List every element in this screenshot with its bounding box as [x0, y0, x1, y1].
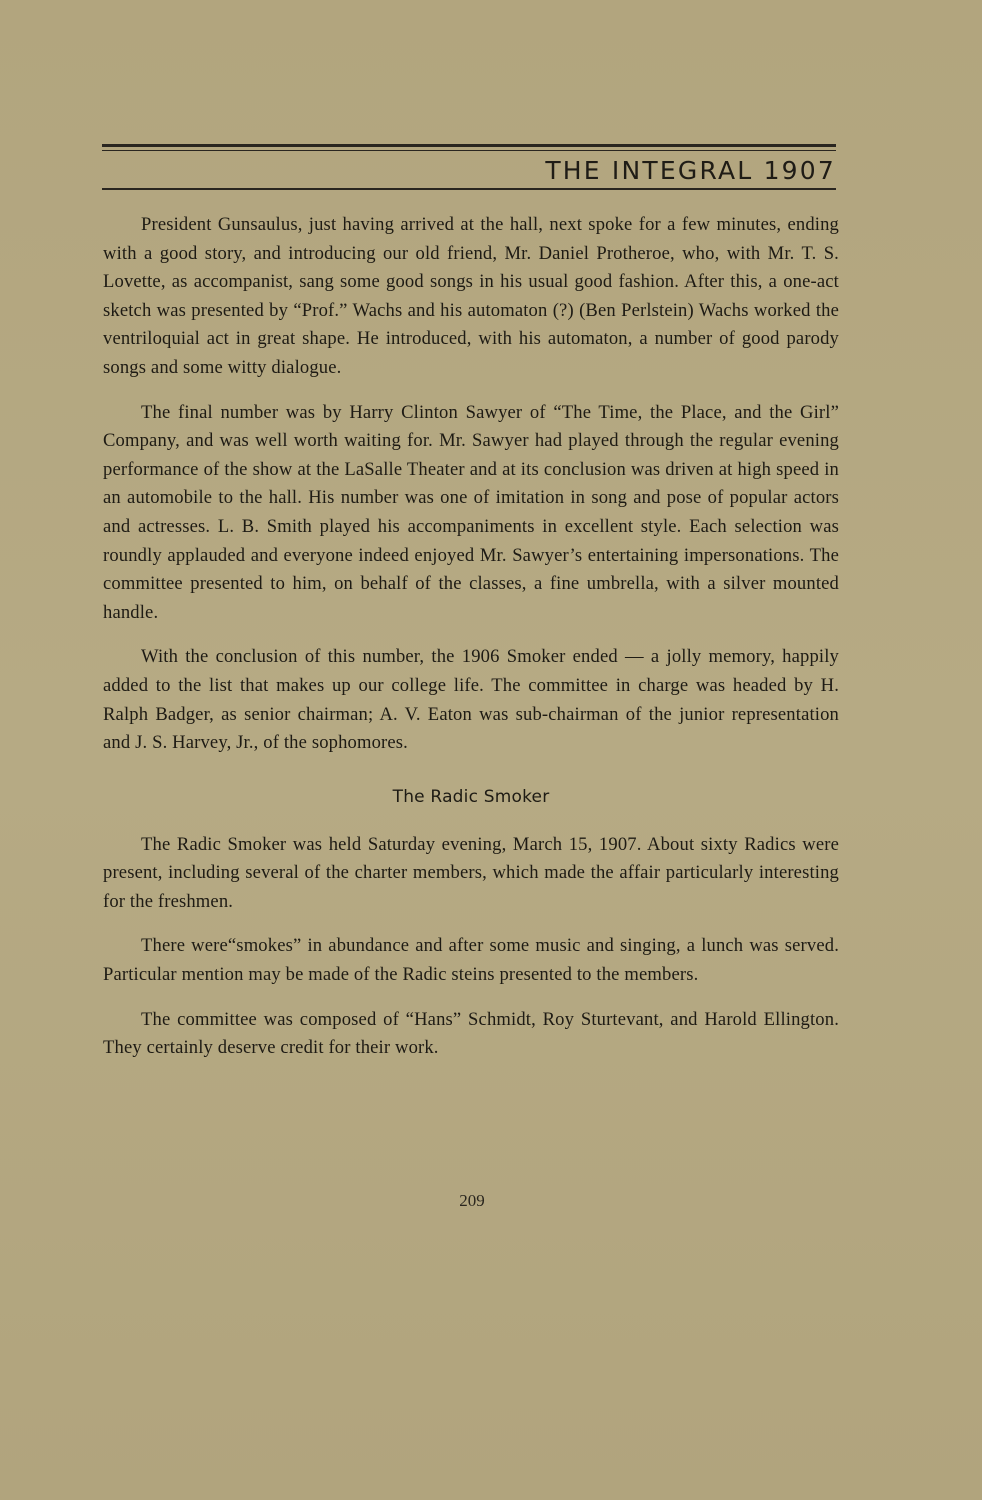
body-text: President Gunsaulus, just having arrived…	[103, 211, 839, 1079]
header-rule-thin	[102, 150, 836, 151]
header-rule-thick	[102, 144, 836, 147]
running-head: THE INTEGRAL 1907	[545, 155, 836, 187]
paragraph-committee: The committee was composed of “Hans” Sch…	[103, 1006, 839, 1063]
header-rule-bottom	[102, 188, 836, 190]
paragraph-radic-smoker-held: The Radic Smoker was held Saturday eveni…	[103, 831, 839, 917]
paragraph-conclusion-1906-smoker: With the conclusion of this number, the …	[103, 643, 839, 757]
section-title-radic-smoker: The Radic Smoker	[103, 787, 839, 807]
book-page: THE INTEGRAL 1907 President Gunsaulus, j…	[0, 0, 982, 1500]
paragraph-sawyer: The final number was by Harry Clinton Sa…	[103, 399, 839, 628]
paragraph-gunsaulus: President Gunsaulus, just having arrived…	[103, 211, 839, 383]
paragraph-smokes: There were“smokes” in abundance and afte…	[103, 932, 839, 989]
page-number: 209	[0, 1191, 944, 1211]
